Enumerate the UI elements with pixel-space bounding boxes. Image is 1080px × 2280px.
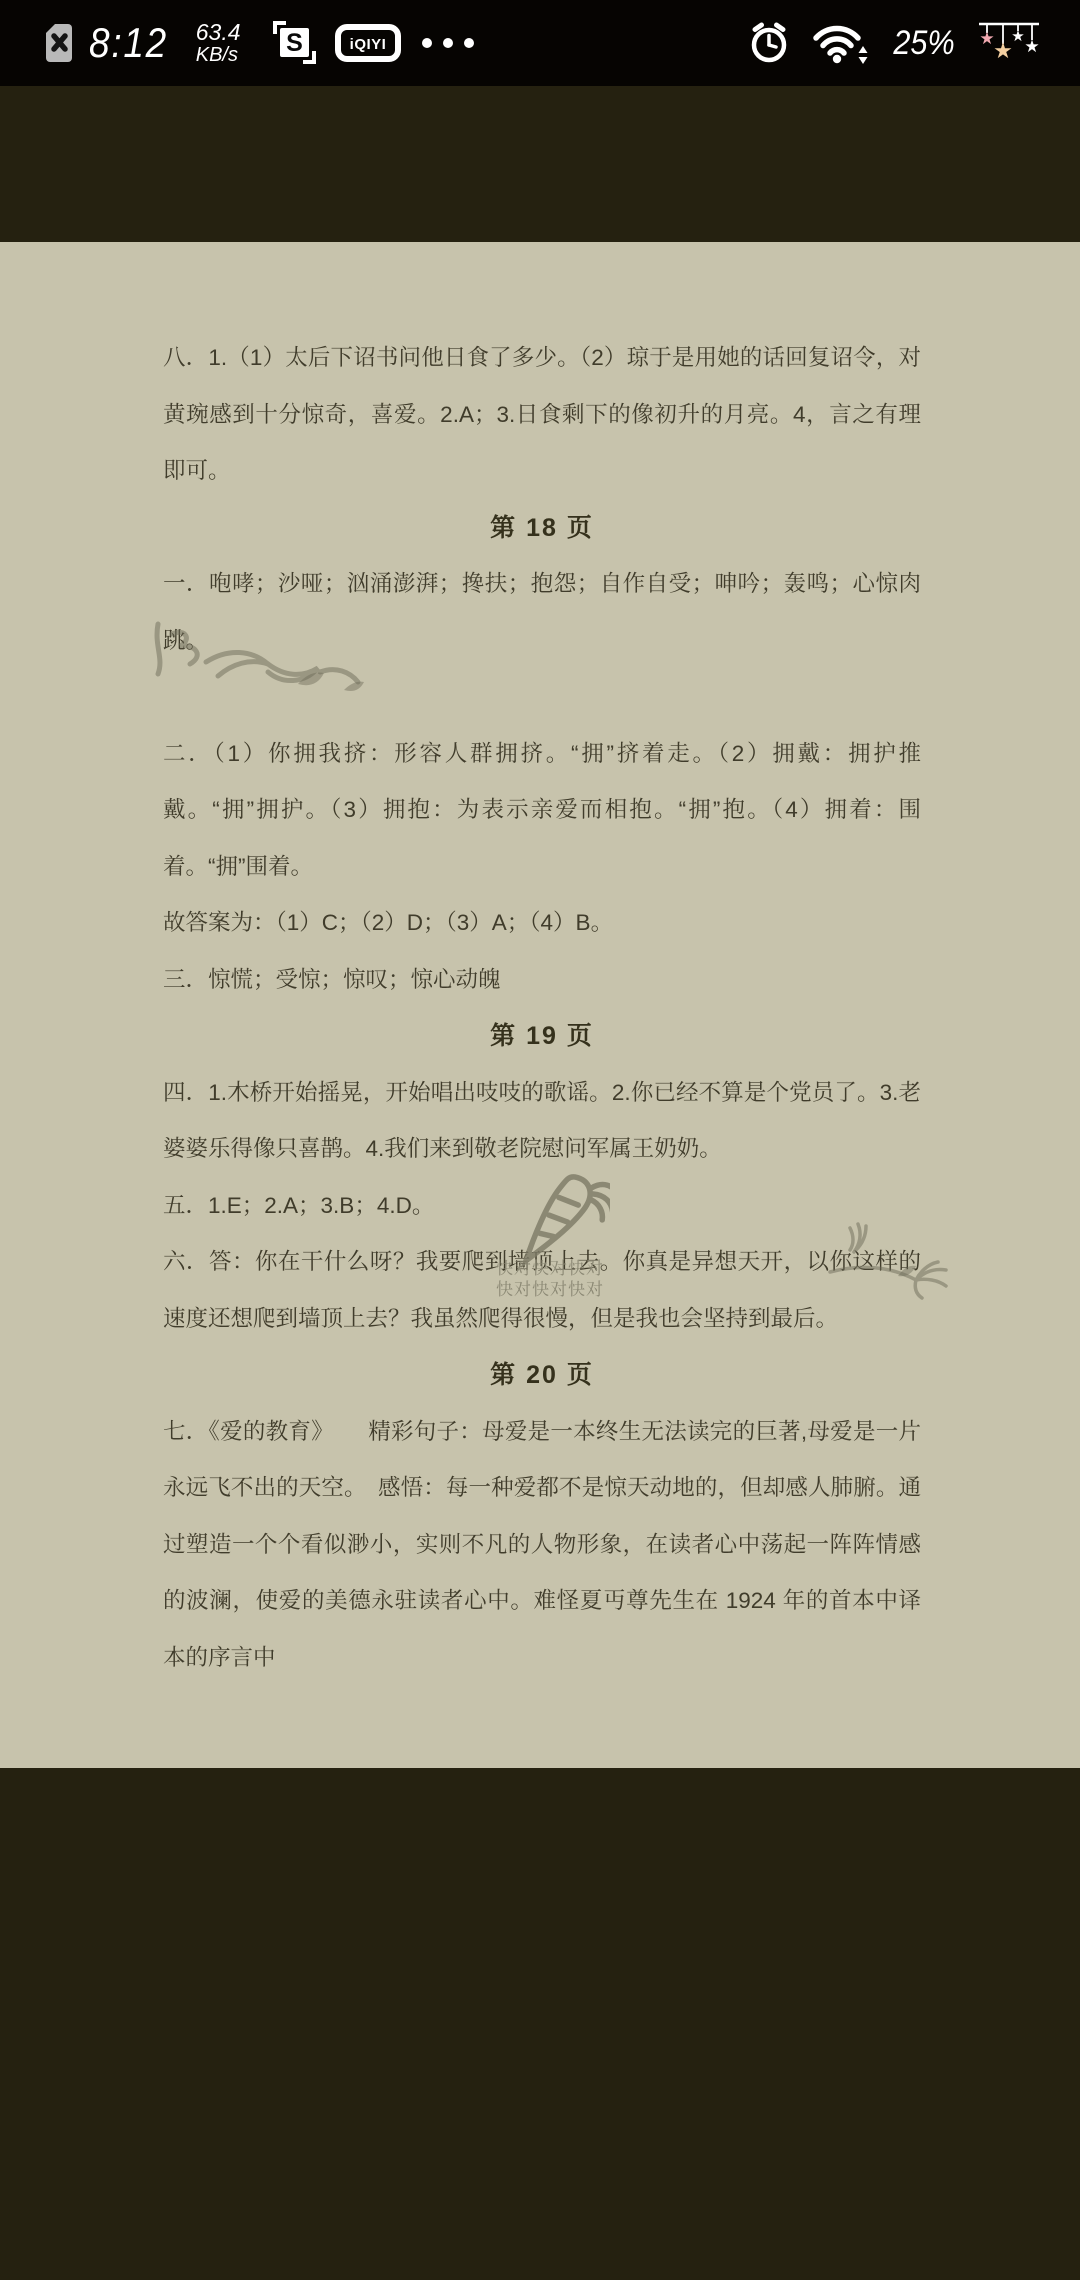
more-notifications-icon (422, 38, 474, 48)
svg-text:S: S (286, 29, 303, 57)
app-background-bottom (0, 1768, 1080, 2280)
svg-text:★: ★ (1024, 37, 1039, 56)
svg-text:★: ★ (1011, 28, 1024, 45)
answer-section-5: 五．1.E；2.A；3.B；4.D。 (163, 1178, 921, 1235)
screenshot-app-notification-icon: S (270, 18, 320, 68)
answer-section-1: 一．咆哮；沙哑；汹涌澎湃；搀扶；抱怨；自作自受；呻吟；轰鸣；心惊肉跳。 (163, 556, 921, 669)
status-bar-right: 25% ★ ★ ★ ★ (746, 20, 1080, 66)
network-speed: 63.4 KB/s (196, 20, 241, 65)
clock-time: 8:12 (89, 22, 168, 64)
phone-screen: 8:12 63.4 KB/s S iQIYI (0, 0, 1080, 2280)
wifi-icon (812, 20, 870, 66)
answer-section-4: 四．1.木桥开始摇晃，开始唱出吱吱的歌谣。2.你已经不算是个党员了。3.老婆婆乐… (163, 1065, 921, 1178)
svg-text:iQIYI: iQIYI (349, 36, 386, 53)
svg-text:★: ★ (993, 38, 1013, 63)
battery-percent: 25% (893, 26, 954, 60)
answer-section-6: 六．答：你在干什么呀？我要爬到墙顶上去。你真是异想天开，以你这样的速度还想爬到墙… (163, 1234, 921, 1347)
answer-section-8: 八．1.（1）太后下诏书问他日食了多少。（2）琼于是用她的话回复诏令，对黄琬感到… (163, 330, 921, 500)
answer-page-scan[interactable]: 八．1.（1）太后下诏书问他日食了多少。（2）琼于是用她的话回复诏令，对黄琬感到… (0, 242, 1080, 1768)
alarm-clock-icon (746, 20, 792, 66)
page-20-header: 第 20 页 (163, 1347, 921, 1404)
answer-page-text: 八．1.（1）太后下诏书问他日食了多少。（2）琼于是用她的话回复诏令，对黄琬感到… (163, 330, 921, 1686)
battery-stars-garland-icon: ★ ★ ★ ★ (978, 20, 1040, 66)
answer-section-7: 七．《爱的教育》 精彩句子：母爱是一本终生无法读完的巨著,母爱是一片永远飞不出的… (163, 1404, 921, 1687)
status-bar-left: 8:12 63.4 KB/s S iQIYI (0, 18, 474, 68)
answer-section-3: 三．惊慌；受惊；惊叹；惊心动魄 (163, 952, 921, 1009)
page-18-header: 第 18 页 (163, 500, 921, 557)
status-bar: 8:12 63.4 KB/s S iQIYI (0, 0, 1080, 86)
sim-card-disabled-icon (44, 21, 74, 65)
app-background-top (0, 86, 1080, 242)
page-19-header: 第 19 页 (163, 1008, 921, 1065)
answer-key-line: 故答案为：（1）C；（2）D；（3）A；（4）B。 (163, 895, 921, 952)
answer-section-2: 二．（1）你拥我挤：形容人群拥挤。“拥”挤着走。（2）拥戴：拥护推戴。“拥”拥护… (163, 726, 921, 896)
iqiyi-notification-icon: iQIYI (335, 20, 401, 66)
